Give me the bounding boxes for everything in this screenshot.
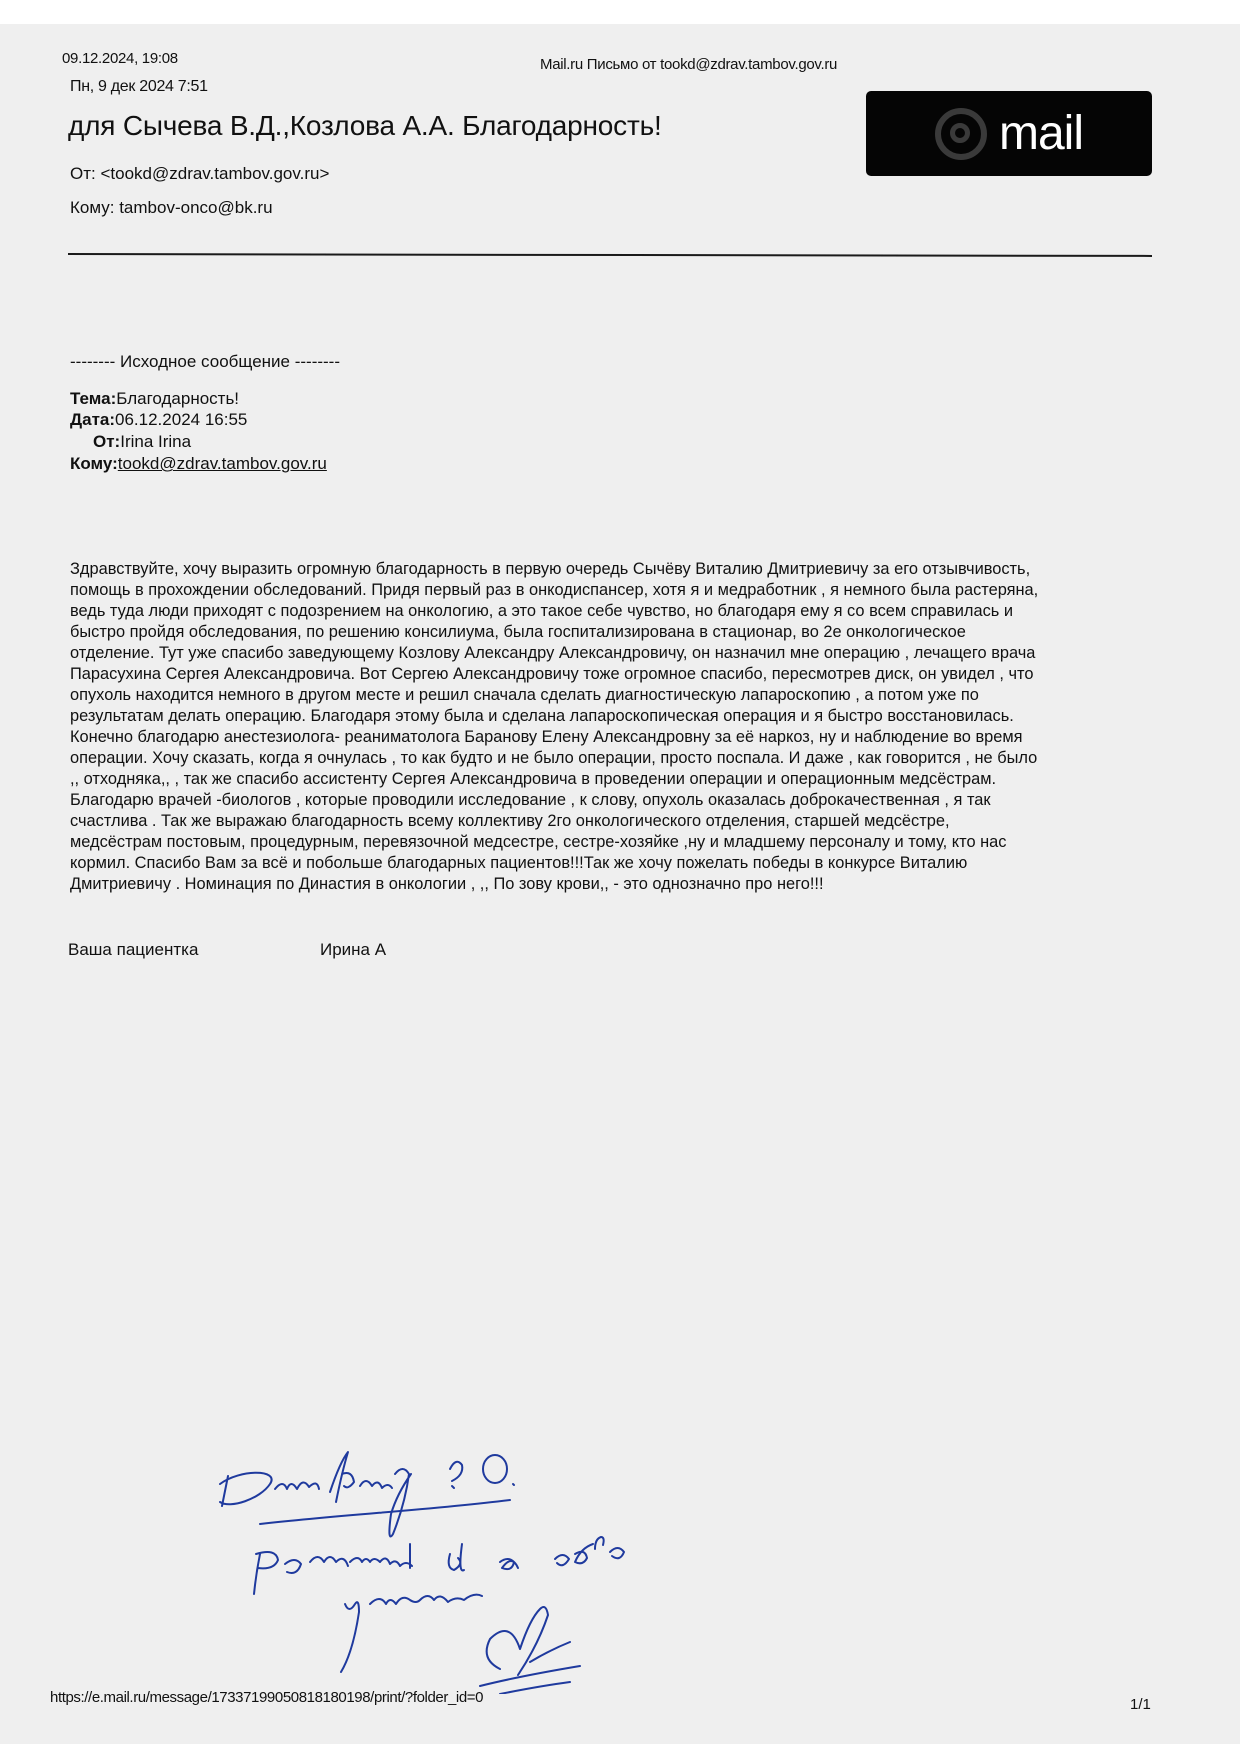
original-date-label: Дата: (70, 410, 115, 429)
original-subject-label: Тема: (70, 389, 116, 408)
body-line: результатам делать операцию. Благодаря э… (70, 706, 1170, 727)
message-to: Кому: tambov-onco@bk.ru (70, 198, 273, 218)
header-divider (68, 253, 1152, 257)
mail-logo: mail (866, 91, 1152, 176)
original-date: Дата:06.12.2024 16:55 (70, 410, 247, 430)
handwritten-resolution (200, 1414, 760, 1694)
message-body: Здравствуйте, хочу выразить огромную бла… (70, 559, 1170, 895)
message-date: Пн, 9 дек 2024 7:51 (70, 78, 208, 96)
body-line: медсёстрам постовым, процедурным, перевя… (70, 832, 1170, 853)
body-line: Дмитриевичу . Номинация по Династия в он… (70, 874, 1170, 895)
body-line: Здравствуйте, хочу выразить огромную бла… (70, 559, 1170, 580)
body-line: операции. Хочу сказать, когда я очнулась… (70, 748, 1170, 769)
original-to: Кому:tookd@zdrav.tambov.gov.ru (70, 454, 327, 474)
body-line: кормил. Спасибо Вам за всё и побольше бл… (70, 853, 1170, 874)
printed-page: 09.12.2024, 19:08 Mail.ru Письмо от took… (0, 24, 1240, 1744)
body-line: быстро пройдя обследования, по решению к… (70, 622, 1170, 643)
message-from: От: <tookd@zdrav.tambov.gov.ru> (70, 164, 329, 184)
body-line: ведь туда люди приходят с подозрением на… (70, 601, 1170, 622)
body-line: отделение. Тут уже спасибо заведующему К… (70, 643, 1170, 664)
from-label: От: (70, 164, 96, 183)
from-address: <tookd@zdrav.tambov.gov.ru> (100, 164, 329, 183)
message-subject: для Сычева В.Д.,Козлова А.А. Благодарнос… (68, 110, 662, 142)
print-page-number: 1/1 (1130, 1696, 1151, 1713)
body-line: Благодарю врачей -биологов , которые про… (70, 790, 1170, 811)
to-address: tambov-onco@bk.ru (119, 198, 272, 217)
body-line: Парасухина Сергея Александровича. Вот Се… (70, 664, 1170, 685)
original-to-link[interactable]: tookd@zdrav.tambov.gov.ru (118, 454, 327, 473)
original-date-value: 06.12.2024 16:55 (115, 410, 247, 429)
original-from: От:Irina Irina (93, 432, 191, 452)
print-timestamp: 09.12.2024, 19:08 (62, 50, 178, 67)
body-line: ,, отходняка,, , так же спасибо ассистен… (70, 769, 1170, 790)
print-page-title: Mail.ru Письмо от tookd@zdrav.tambov.gov… (540, 56, 837, 73)
original-message-separator: -------- Исходное сообщение -------- (70, 352, 340, 372)
closing-phrase: Ваша пациентка (68, 940, 198, 960)
to-label: Кому: (70, 198, 114, 217)
print-footer-url: https://e.mail.ru/message/17337199050818… (50, 1689, 483, 1706)
sender-signature: Ирина А (320, 940, 386, 960)
body-line: счастлива . Так же выражаю благодарность… (70, 811, 1170, 832)
body-line: помощь в прохождении обследований. Придя… (70, 580, 1170, 601)
at-sign-icon (935, 108, 987, 160)
original-from-label: От: (93, 432, 120, 451)
original-to-label: Кому: (70, 454, 118, 473)
original-from-value: Irina Irina (120, 432, 191, 451)
logo-text: mail (999, 106, 1083, 161)
original-subject: Тема:Благодарность! (70, 389, 239, 409)
body-line: Конечно благодарю анестезиолога- реанима… (70, 727, 1170, 748)
original-subject-value: Благодарность! (116, 389, 239, 408)
body-line: опухоль находится немного в другом месте… (70, 685, 1170, 706)
